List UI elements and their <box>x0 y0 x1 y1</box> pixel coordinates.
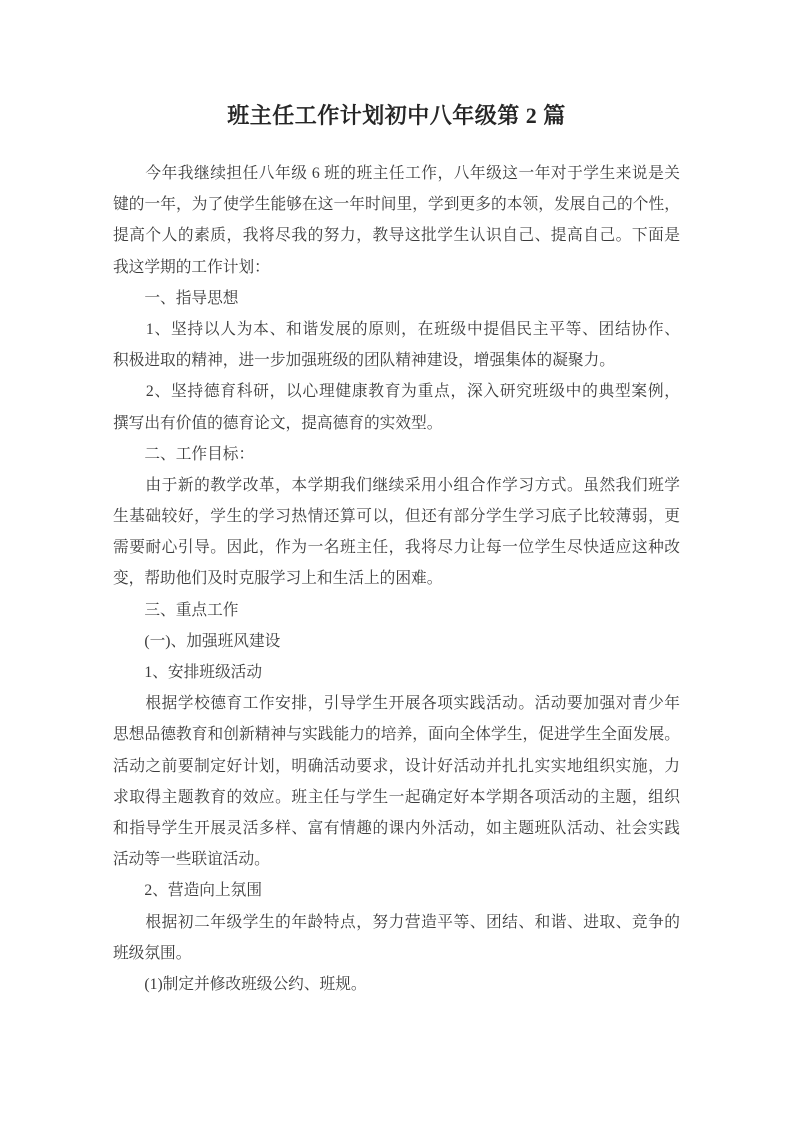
text-line: 2、坚持德育科研，以心理健康教育为重点，深入研究班级中的典型案例， <box>113 376 680 407</box>
text-line: 二、工作目标： <box>113 439 680 470</box>
text-line: 变，帮助他们及时克服学习上和生活上的困难。 <box>113 563 680 594</box>
text-line: 我这学期的工作计划： <box>113 252 680 283</box>
text-line: 今年我继续担任八年级 6 班的班主任工作，八年级这一年对于学生来说是关 <box>113 158 680 189</box>
document-body: 今年我继续担任八年级 6 班的班主任工作，八年级这一年对于学生来说是关键的一年，… <box>113 158 680 1000</box>
text-line: 由于新的教学改革，本学期我们继续采用小组合作学习方式。虽然我们班学 <box>113 470 680 501</box>
text-line: 2、营造向上氛围 <box>113 875 680 906</box>
document-page: 班主任工作计划初中八年级第 2 篇 今年我继续担任八年级 6 班的班主任工作，八… <box>0 0 793 1122</box>
document-title: 班主任工作计划初中八年级第 2 篇 <box>113 97 680 135</box>
text-line: 1、坚持以人为本、和谐发展的原则，在班级中提倡民主平等、团结协作、 <box>113 314 680 345</box>
text-line: 提高个人的素质，我将尽我的努力，教导这批学生认识自己、提高自己。下面是 <box>113 220 680 251</box>
text-line: 根据初二年级学生的年龄特点，努力营造平等、团结、和谐、进取、竞争的 <box>113 907 680 938</box>
text-line: 班级氛围。 <box>113 938 680 969</box>
text-line: 三、重点工作 <box>113 595 680 626</box>
text-line: 根据学校德育工作安排，引导学生开展各项实践活动。活动要加强对青少年 <box>113 688 680 719</box>
text-line: 积极进取的精神，进一步加强班级的团队精神建设，增强集体的凝聚力。 <box>113 345 680 376</box>
text-line: 撰写出有价值的德育论文，提高德育的实效型。 <box>113 408 680 439</box>
text-line: 和指导学生开展灵活多样、富有情趣的课内外活动，如主题班队活动、社会实践 <box>113 813 680 844</box>
text-line: 一、指导思想 <box>113 283 680 314</box>
text-line: 1、安排班级活动 <box>113 657 680 688</box>
text-line: 键的一年，为了使学生能够在这一年时间里，学到更多的本领，发展自己的个性， <box>113 189 680 220</box>
text-line: 需要耐心引导。因此，作为一名班主任，我将尽力让每一位学生尽快适应这种改 <box>113 532 680 563</box>
text-line: (1)制定并修改班级公约、班规。 <box>113 969 680 1000</box>
text-line: 活动等一些联谊活动。 <box>113 844 680 875</box>
text-line: 活动之前要制定好计划，明确活动要求，设计好活动并扎扎实实地组织实施，力 <box>113 751 680 782</box>
text-line: (一)、加强班风建设 <box>113 626 680 657</box>
text-line: 思想品德教育和创新精神与实践能力的培养，面向全体学生，促进学生全面发展。 <box>113 719 680 750</box>
text-line: 生基础较好，学生的学习热情还算可以，但还有部分学生学习底子比较薄弱，更 <box>113 501 680 532</box>
text-line: 求取得主题教育的效应。班主任与学生一起确定好本学期各项活动的主题，组织 <box>113 782 680 813</box>
